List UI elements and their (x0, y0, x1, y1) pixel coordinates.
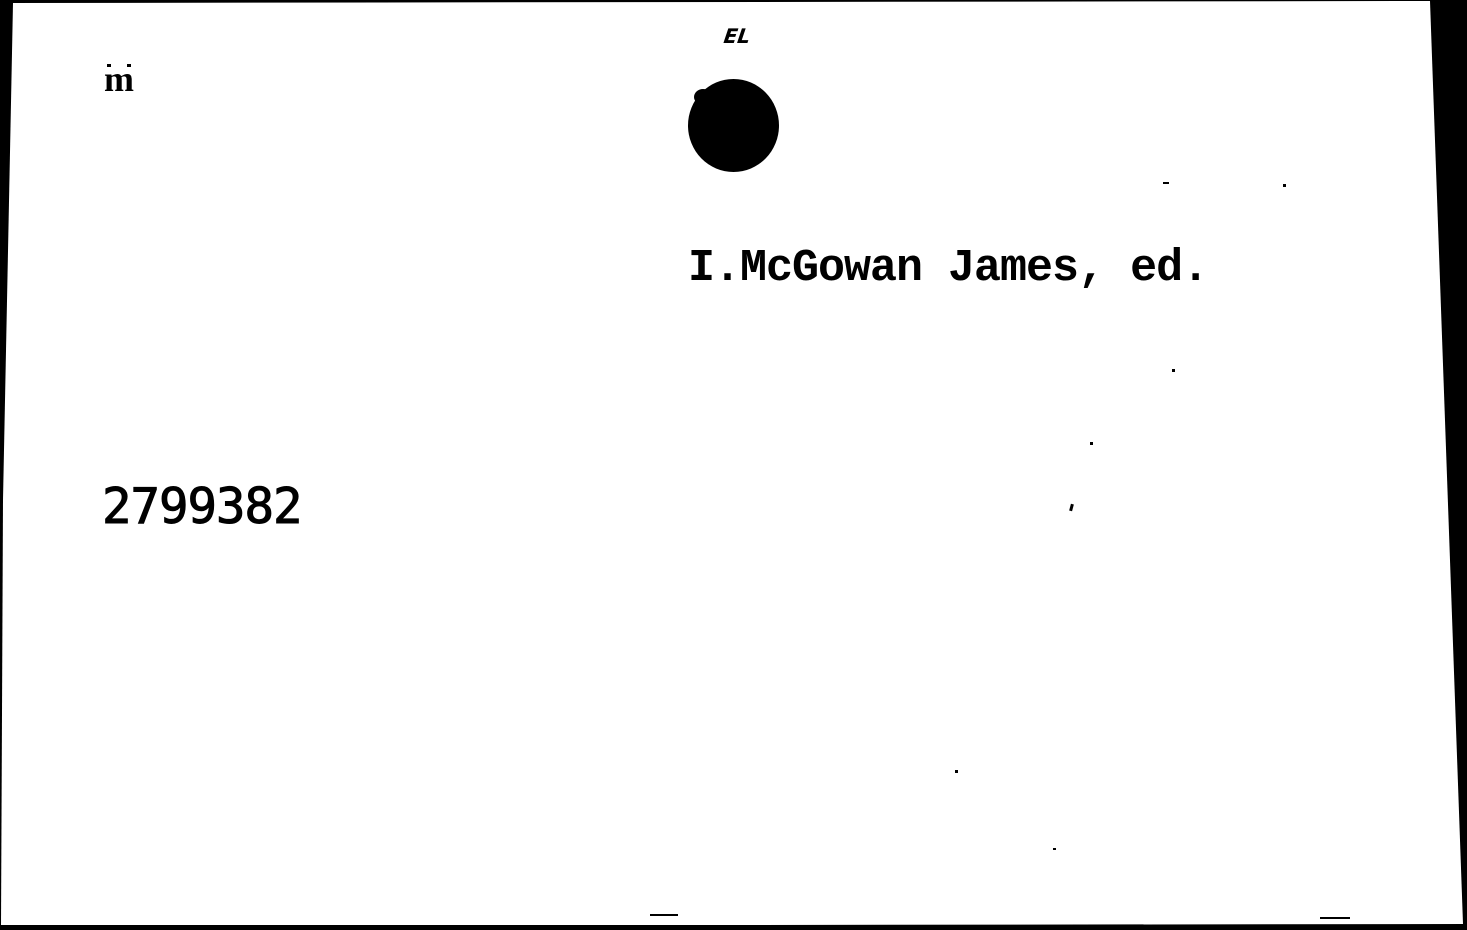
scan-speck (1283, 184, 1286, 187)
scanned-index-card: m EL I.McGowan James, ed. 2799382 (0, 0, 1467, 930)
handwritten-note: EL (722, 24, 752, 48)
scan-speck (1090, 442, 1093, 445)
record-number: 2799382 (102, 478, 302, 535)
scan-speck (1172, 369, 1175, 372)
card-bottom-edge (0, 925, 1467, 930)
scan-speck (650, 914, 678, 916)
heading-entry: I.McGowan James, ed. (688, 243, 1208, 294)
scan-speck (955, 770, 958, 773)
corner-mark: m (104, 58, 134, 100)
scan-speck (1163, 182, 1169, 184)
scan-speck (1053, 848, 1056, 850)
punch-hole (688, 79, 779, 172)
scan-speck (1069, 504, 1074, 512)
index-card: m EL I.McGowan James, ed. 2799382 (0, 0, 1467, 930)
scan-speck (1320, 917, 1350, 919)
